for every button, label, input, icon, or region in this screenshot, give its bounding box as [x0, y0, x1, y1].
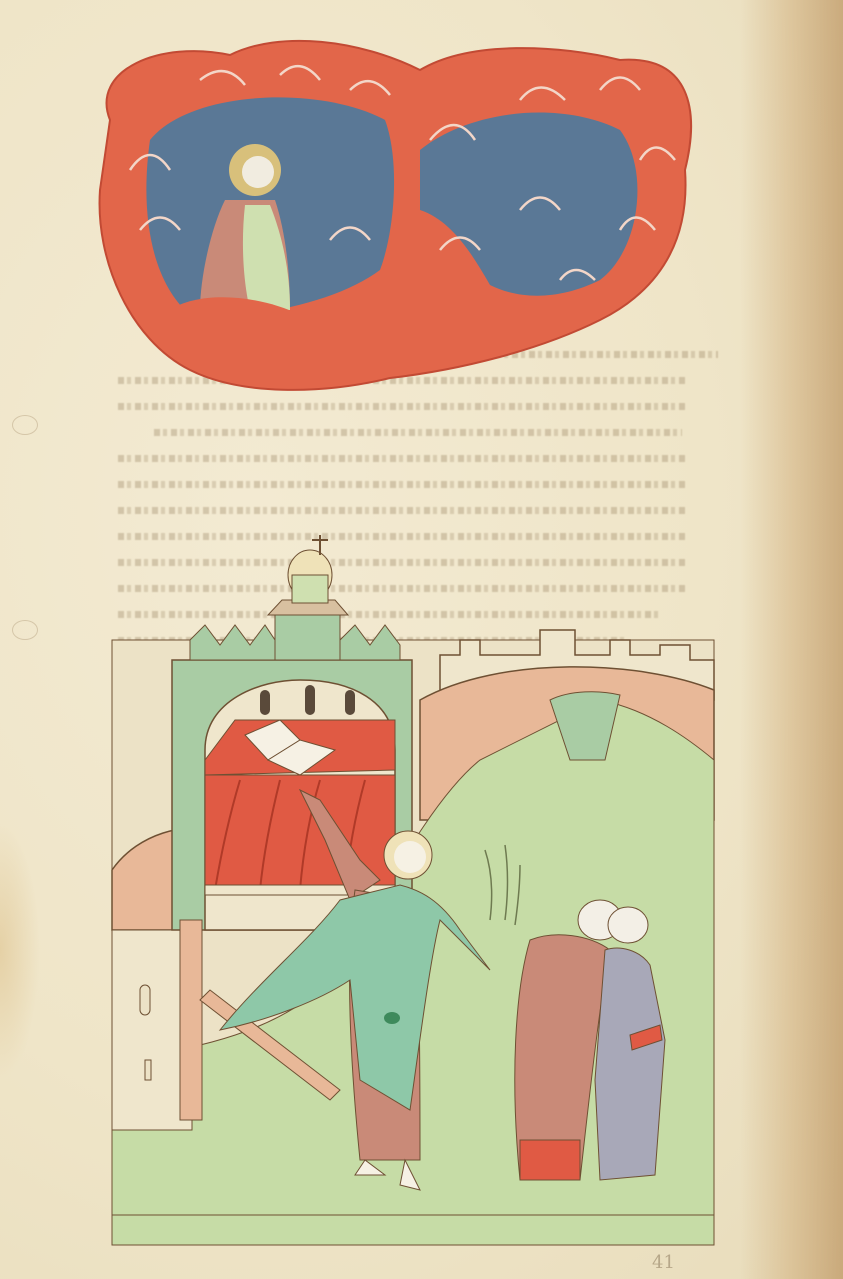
upper-miniature: [100, 41, 691, 390]
folio-number: 41: [652, 1252, 675, 1273]
illustrations: [0, 0, 843, 1279]
manuscript-page: 41: [0, 0, 843, 1279]
lower-miniature: [112, 535, 714, 1245]
